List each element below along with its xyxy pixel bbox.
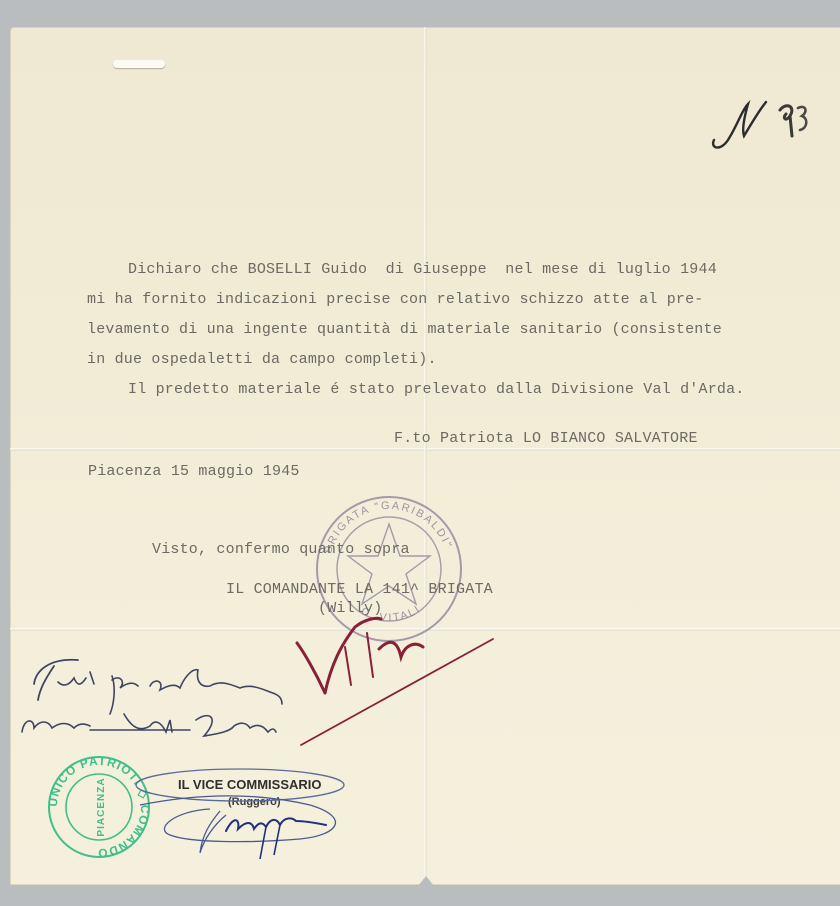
body-line: Il predetto materiale é stato prelevato … <box>128 382 745 397</box>
svg-text:PIACENZA: PIACENZA <box>96 777 107 836</box>
place-date: Piacenza 15 maggio 1945 <box>88 464 300 479</box>
visto-line: Visto, confermo quanto sopra <box>152 542 410 557</box>
document-number-mark <box>708 96 818 156</box>
handwritten-confirmation-note <box>20 648 300 748</box>
fold-line <box>424 27 427 885</box>
body-line: levamento di una ingente quantità di mat… <box>87 322 722 337</box>
red-signature <box>285 605 500 750</box>
signed-by-line: F.to Patriota LO BIANCO SALVATORE <box>394 431 698 446</box>
staple-icon <box>113 60 165 68</box>
body-line: in due ospedaletti da campo completi). <box>87 352 437 367</box>
blue-signature <box>130 755 360 865</box>
commander-title: IL COMANDANTE LA 141^ BRIGATA <box>226 582 493 597</box>
body-line: Dichiaro che BOSELLI Guido di Giuseppe n… <box>128 262 717 277</box>
body-line: mi ha fornito indicazioni precise con re… <box>87 292 704 307</box>
paper-notch <box>418 876 434 886</box>
